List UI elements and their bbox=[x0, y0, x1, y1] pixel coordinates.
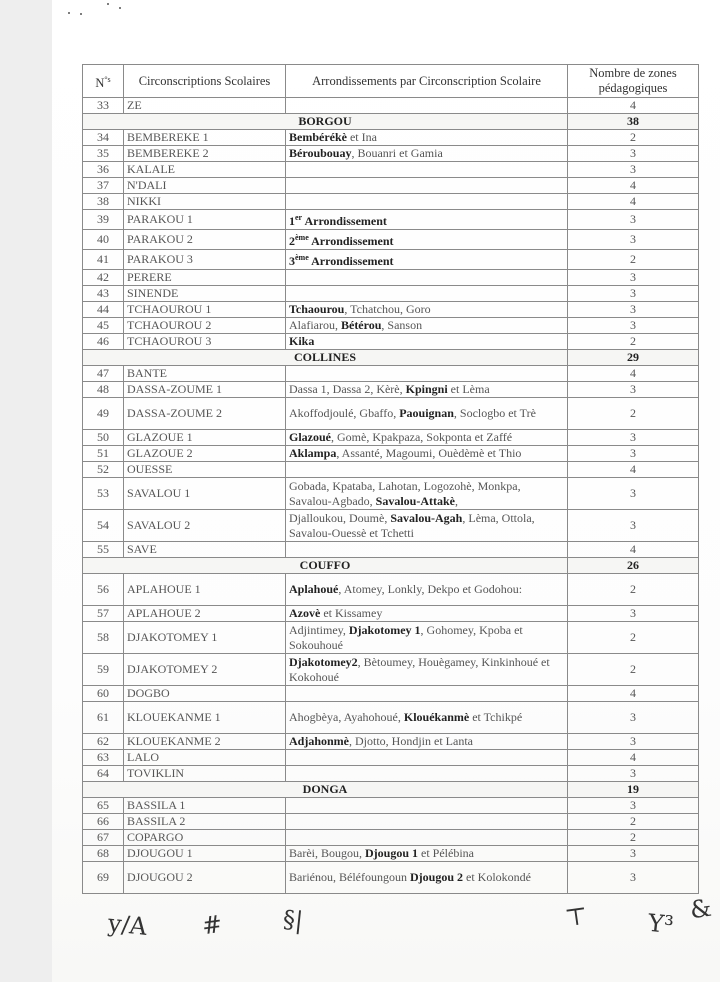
arrondissements-list bbox=[286, 542, 568, 558]
table-row: 44TCHAOUROU 1Tchaourou, Tchatchou, Goro3 bbox=[83, 302, 699, 318]
scan-speck bbox=[80, 13, 82, 15]
zones-count: 3 bbox=[568, 146, 699, 162]
zones-count: 3 bbox=[568, 430, 699, 446]
row-number: 58 bbox=[83, 622, 124, 654]
department-row: BORGOU38 bbox=[83, 114, 699, 130]
circonscription-name: SAVE bbox=[124, 542, 286, 558]
arrondissements-list: Aplahoué, Atomey, Lonkly, Dekpo et Godoh… bbox=[286, 574, 568, 606]
row-number: 60 bbox=[83, 686, 124, 702]
zones-count: 3 bbox=[568, 286, 699, 302]
zones-count: 2 bbox=[568, 250, 699, 270]
circonscription-name: BASSILA 1 bbox=[124, 798, 286, 814]
signature-mark: & bbox=[688, 896, 713, 923]
department-name: BORGOU bbox=[83, 114, 568, 130]
row-number: 41 bbox=[83, 250, 124, 270]
signature-mark: Y³ bbox=[647, 911, 675, 938]
arrondissements-list: Tchaourou, Tchatchou, Goro bbox=[286, 302, 568, 318]
circonscription-name: BANTE bbox=[124, 366, 286, 382]
table-row: 63LALO4 bbox=[83, 750, 699, 766]
table-row: 55SAVE4 bbox=[83, 542, 699, 558]
arrondissements-list bbox=[286, 798, 568, 814]
circonscription-name: N'DALI bbox=[124, 178, 286, 194]
header-circonscription: Circonscriptions Scolaires bbox=[124, 65, 286, 98]
zones-count: 2 bbox=[568, 574, 699, 606]
table-row: 50GLAZOUE 1Glazoué, Gomè, Kpakpaza, Sokp… bbox=[83, 430, 699, 446]
zones-count: 2 bbox=[568, 622, 699, 654]
table-row: 49DASSA-ZOUME 2Akoffodjoulé, Gbaffo, Pao… bbox=[83, 398, 699, 430]
circonscription-name: BEMBEREKE 1 bbox=[124, 130, 286, 146]
arrondissements-list bbox=[286, 830, 568, 846]
circonscription-name: SAVALOU 1 bbox=[124, 478, 286, 510]
department-row: COUFFO26 bbox=[83, 558, 699, 574]
arrondissements-list: Bembérékè et Ina bbox=[286, 130, 568, 146]
row-number: 54 bbox=[83, 510, 124, 542]
department-zones-total: 29 bbox=[568, 350, 699, 366]
row-number: 69 bbox=[83, 862, 124, 894]
table-body: 33ZE4BORGOU3834BEMBEREKE 1Bembérékè et I… bbox=[83, 98, 699, 894]
scan-speck bbox=[119, 7, 121, 9]
zones-count: 2 bbox=[568, 334, 699, 350]
header-arrondissements: Arrondissements par Circonscription Scol… bbox=[286, 65, 568, 98]
header-num: N°s bbox=[83, 65, 124, 98]
row-number: 62 bbox=[83, 734, 124, 750]
circonscription-name: KLOUEKANME 2 bbox=[124, 734, 286, 750]
arrondissements-list: 3ème Arrondissement bbox=[286, 250, 568, 270]
circonscription-name: OUESSE bbox=[124, 462, 286, 478]
table-row: 61KLOUEKANME 1Ahogbèya, Ayahohoué, Kloué… bbox=[83, 702, 699, 734]
table-row: 40PARAKOU 22ème Arrondissement3 bbox=[83, 230, 699, 250]
row-number: 47 bbox=[83, 366, 124, 382]
table-row: 54SAVALOU 2Djalloukou, Doumè, Savalou-Ag… bbox=[83, 510, 699, 542]
arrondissements-list: Adjintimey, Djakotomey 1, Gohomey, Kpoba… bbox=[286, 622, 568, 654]
zones-count: 3 bbox=[568, 162, 699, 178]
table-row: 52OUESSE4 bbox=[83, 462, 699, 478]
table-header-row: N°s Circonscriptions Scolaires Arrondiss… bbox=[83, 65, 699, 98]
zones-count: 3 bbox=[568, 210, 699, 230]
zones-count: 3 bbox=[568, 766, 699, 782]
circonscription-name: BEMBEREKE 2 bbox=[124, 146, 286, 162]
department-zones-total: 26 bbox=[568, 558, 699, 574]
arrondissements-list: Bariénou, Béléfoungoun Djougou 2 et Kolo… bbox=[286, 862, 568, 894]
circonscription-name: BASSILA 2 bbox=[124, 814, 286, 830]
table-row: 57APLAHOUE 2Azovè et Kissamey3 bbox=[83, 606, 699, 622]
arrondissements-list: Djakotomey2, Bètoumey, Houègamey, Kinkin… bbox=[286, 654, 568, 686]
circonscription-name: GLAZOUE 1 bbox=[124, 430, 286, 446]
zones-count: 2 bbox=[568, 398, 699, 430]
row-number: 34 bbox=[83, 130, 124, 146]
row-number: 39 bbox=[83, 210, 124, 230]
department-row: COLLINES29 bbox=[83, 350, 699, 366]
zones-count: 2 bbox=[568, 130, 699, 146]
zones-count: 3 bbox=[568, 798, 699, 814]
circonscription-name: TOVIKLIN bbox=[124, 766, 286, 782]
table-row: 69DJOUGOU 2Bariénou, Béléfoungoun Djougo… bbox=[83, 862, 699, 894]
zones-count: 3 bbox=[568, 302, 699, 318]
arrondissements-list bbox=[286, 98, 568, 114]
arrondissements-list bbox=[286, 462, 568, 478]
table-row: 36KALALE3 bbox=[83, 162, 699, 178]
arrondissements-list bbox=[286, 270, 568, 286]
zones-count: 3 bbox=[568, 606, 699, 622]
table-row: 62KLOUEKANME 2Adjahonmè, Djotto, Hondjin… bbox=[83, 734, 699, 750]
circonscription-name: TCHAOUROU 2 bbox=[124, 318, 286, 334]
row-number: 35 bbox=[83, 146, 124, 162]
table-row: 37N'DALI4 bbox=[83, 178, 699, 194]
arrondissements-list bbox=[286, 766, 568, 782]
table-row: 60DOGBO4 bbox=[83, 686, 699, 702]
zones-count: 3 bbox=[568, 382, 699, 398]
circonscription-name: LALO bbox=[124, 750, 286, 766]
row-number: 49 bbox=[83, 398, 124, 430]
circonscription-name: DASSA-ZOUME 2 bbox=[124, 398, 286, 430]
table-row: 42PERERE3 bbox=[83, 270, 699, 286]
zones-count: 4 bbox=[568, 98, 699, 114]
arrondissements-list: Akoffodjoulé, Gbaffo, Paouignan, Soclogb… bbox=[286, 398, 568, 430]
header-zones: Nombre de zones pédagogiques bbox=[568, 65, 699, 98]
zones-count: 3 bbox=[568, 846, 699, 862]
circonscription-name: APLAHOUE 1 bbox=[124, 574, 286, 606]
zones-count: 4 bbox=[568, 542, 699, 558]
row-number: 65 bbox=[83, 798, 124, 814]
row-number: 50 bbox=[83, 430, 124, 446]
row-number: 37 bbox=[83, 178, 124, 194]
row-number: 40 bbox=[83, 230, 124, 250]
row-number: 57 bbox=[83, 606, 124, 622]
department-name: DONGA bbox=[83, 782, 568, 798]
zones-count: 3 bbox=[568, 734, 699, 750]
zones-count: 4 bbox=[568, 194, 699, 210]
table-row: 64TOVIKLIN3 bbox=[83, 766, 699, 782]
table-row: 58DJAKOTOMEY 1Adjintimey, Djakotomey 1, … bbox=[83, 622, 699, 654]
arrondissements-list bbox=[286, 162, 568, 178]
row-number: 33 bbox=[83, 98, 124, 114]
zones-count: 3 bbox=[568, 862, 699, 894]
signature-mark: # bbox=[200, 912, 223, 939]
arrondissements-list bbox=[286, 286, 568, 302]
circonscription-name: PARAKOU 1 bbox=[124, 210, 286, 230]
department-zones-total: 38 bbox=[568, 114, 699, 130]
table-row: 38NIKKI4 bbox=[83, 194, 699, 210]
zones-count: 3 bbox=[568, 510, 699, 542]
school-districts-table: N°s Circonscriptions Scolaires Arrondiss… bbox=[82, 64, 699, 894]
circonscription-name: TCHAOUROU 1 bbox=[124, 302, 286, 318]
table-row: 47BANTE4 bbox=[83, 366, 699, 382]
table-row: 35BEMBEREKE 2Béroubouay, Bouanri et Gami… bbox=[83, 146, 699, 162]
row-number: 63 bbox=[83, 750, 124, 766]
circonscription-name: PERERE bbox=[124, 270, 286, 286]
arrondissements-list: Azovè et Kissamey bbox=[286, 606, 568, 622]
circonscription-name: DASSA-ZOUME 1 bbox=[124, 382, 286, 398]
row-number: 55 bbox=[83, 542, 124, 558]
row-number: 59 bbox=[83, 654, 124, 686]
arrondissements-list bbox=[286, 178, 568, 194]
arrondissements-list bbox=[286, 750, 568, 766]
zones-count: 3 bbox=[568, 270, 699, 286]
zones-count: 3 bbox=[568, 702, 699, 734]
row-number: 46 bbox=[83, 334, 124, 350]
table-row: 51GLAZOUE 2Aklampa, Assanté, Magoumi, Ou… bbox=[83, 446, 699, 462]
department-name: COUFFO bbox=[83, 558, 568, 574]
circonscription-name: KLOUEKANME 1 bbox=[124, 702, 286, 734]
row-number: 61 bbox=[83, 702, 124, 734]
row-number: 53 bbox=[83, 478, 124, 510]
row-number: 67 bbox=[83, 830, 124, 846]
arrondissements-list: Barèi, Bougou, Djougou 1 et Pélébina bbox=[286, 846, 568, 862]
arrondissements-list: Alafiarou, Bétérou, Sanson bbox=[286, 318, 568, 334]
table-row: 43SINENDE3 bbox=[83, 286, 699, 302]
circonscription-name: PARAKOU 3 bbox=[124, 250, 286, 270]
row-number: 48 bbox=[83, 382, 124, 398]
circonscription-name: SAVALOU 2 bbox=[124, 510, 286, 542]
circonscription-name: APLAHOUE 2 bbox=[124, 606, 286, 622]
arrondissements-list: Gobada, Kpataba, Lahotan, Logozohè, Monk… bbox=[286, 478, 568, 510]
row-number: 68 bbox=[83, 846, 124, 862]
arrondissements-list: Aklampa, Assanté, Magoumi, Ouèdèmè et Th… bbox=[286, 446, 568, 462]
arrondissements-list: Béroubouay, Bouanri et Gamia bbox=[286, 146, 568, 162]
arrondissements-list bbox=[286, 366, 568, 382]
table-row: 59DJAKOTOMEY 2Djakotomey2, Bètoumey, Hou… bbox=[83, 654, 699, 686]
circonscription-name: GLAZOUE 2 bbox=[124, 446, 286, 462]
department-name: COLLINES bbox=[83, 350, 568, 366]
table-row: 67COPARGO2 bbox=[83, 830, 699, 846]
arrondissements-list: Ahogbèya, Ayahohoué, Klouékanmè et Tchik… bbox=[286, 702, 568, 734]
table-row: 34BEMBEREKE 1Bembérékè et Ina2 bbox=[83, 130, 699, 146]
table-row: 66BASSILA 22 bbox=[83, 814, 699, 830]
table-row: 68DJOUGOU 1Barèi, Bougou, Djougou 1 et P… bbox=[83, 846, 699, 862]
signature-mark: ⊤ bbox=[563, 904, 589, 931]
zones-count: 2 bbox=[568, 654, 699, 686]
table-row: 39PARAKOU 11er Arrondissement3 bbox=[83, 210, 699, 230]
arrondissements-list: Glazoué, Gomè, Kpakpaza, Sokponta et Zaf… bbox=[286, 430, 568, 446]
arrondissements-list: 1er Arrondissement bbox=[286, 210, 568, 230]
zones-count: 3 bbox=[568, 446, 699, 462]
zones-count: 4 bbox=[568, 366, 699, 382]
table-row: 56APLAHOUE 1Aplahoué, Atomey, Lonkly, De… bbox=[83, 574, 699, 606]
arrondissements-list: Adjahonmè, Djotto, Hondjin et Lanta bbox=[286, 734, 568, 750]
circonscription-name: TCHAOUROU 3 bbox=[124, 334, 286, 350]
arrondissements-list: 2ème Arrondissement bbox=[286, 230, 568, 250]
table-row: 46TCHAOUROU 3Kika2 bbox=[83, 334, 699, 350]
row-number: 45 bbox=[83, 318, 124, 334]
row-number: 66 bbox=[83, 814, 124, 830]
zones-count: 2 bbox=[568, 830, 699, 846]
table-row: 41PARAKOU 33ème Arrondissement2 bbox=[83, 250, 699, 270]
row-number: 42 bbox=[83, 270, 124, 286]
table-row: 33ZE4 bbox=[83, 98, 699, 114]
row-number: 56 bbox=[83, 574, 124, 606]
circonscription-name: DJOUGOU 1 bbox=[124, 846, 286, 862]
row-number: 43 bbox=[83, 286, 124, 302]
scan-speck bbox=[68, 12, 70, 14]
table-row: 45TCHAOUROU 2Alafiarou, Bétérou, Sanson3 bbox=[83, 318, 699, 334]
zones-count: 2 bbox=[568, 814, 699, 830]
circonscription-name: SINENDE bbox=[124, 286, 286, 302]
arrondissements-list: Kika bbox=[286, 334, 568, 350]
zones-count: 4 bbox=[568, 686, 699, 702]
circonscription-name: PARAKOU 2 bbox=[124, 230, 286, 250]
arrondissements-list bbox=[286, 194, 568, 210]
arrondissements-list bbox=[286, 814, 568, 830]
scan-speck bbox=[107, 3, 109, 5]
zones-count: 4 bbox=[568, 750, 699, 766]
row-number: 44 bbox=[83, 302, 124, 318]
department-row: DONGA19 bbox=[83, 782, 699, 798]
circonscription-name: DOGBO bbox=[124, 686, 286, 702]
zones-count: 3 bbox=[568, 230, 699, 250]
circonscription-name: COPARGO bbox=[124, 830, 286, 846]
zones-count: 3 bbox=[568, 478, 699, 510]
circonscription-name: DJOUGOU 2 bbox=[124, 862, 286, 894]
circonscription-name: DJAKOTOMEY 2 bbox=[124, 654, 286, 686]
circonscription-name: ZE bbox=[124, 98, 286, 114]
row-number: 38 bbox=[83, 194, 124, 210]
department-zones-total: 19 bbox=[568, 782, 699, 798]
row-number: 52 bbox=[83, 462, 124, 478]
circonscription-name: KALALE bbox=[124, 162, 286, 178]
arrondissements-list: Djalloukou, Doumè, Savalou-Agah, Lèma, O… bbox=[286, 510, 568, 542]
circonscription-name: NIKKI bbox=[124, 194, 286, 210]
row-number: 51 bbox=[83, 446, 124, 462]
table-row: 48DASSA-ZOUME 1Dassa 1, Dassa 2, Kèrè, K… bbox=[83, 382, 699, 398]
zones-count: 3 bbox=[568, 318, 699, 334]
row-number: 64 bbox=[83, 766, 124, 782]
arrondissements-list: Dassa 1, Dassa 2, Kèrè, Kpingni et Lèma bbox=[286, 382, 568, 398]
circonscription-name: DJAKOTOMEY 1 bbox=[124, 622, 286, 654]
signature-mark: §| bbox=[282, 907, 304, 933]
zones-count: 4 bbox=[568, 462, 699, 478]
arrondissements-list bbox=[286, 686, 568, 702]
table-row: 65BASSILA 13 bbox=[83, 798, 699, 814]
signature-mark: y/A bbox=[107, 911, 148, 939]
row-number: 36 bbox=[83, 162, 124, 178]
zones-count: 4 bbox=[568, 178, 699, 194]
table-row: 53SAVALOU 1Gobada, Kpataba, Lahotan, Log… bbox=[83, 478, 699, 510]
